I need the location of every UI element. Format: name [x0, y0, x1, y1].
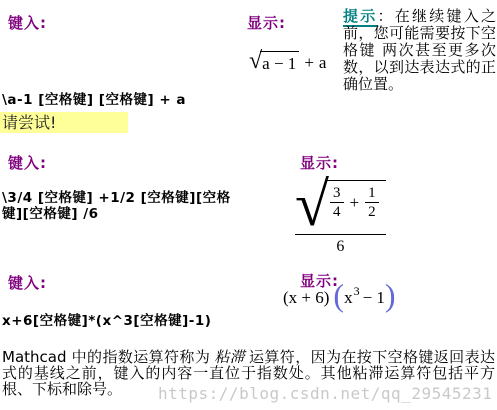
- input-label-1: 键入:: [8, 12, 47, 33]
- tip-note: 提示：在继续键入之前，您可能需要按下空格键 两次甚至更多次数，以到达表达式的正确…: [343, 8, 496, 93]
- try-text: 请尝试!: [2, 113, 56, 132]
- numerator: 3: [330, 185, 344, 203]
- fraction-one-half: 1 2: [365, 185, 379, 220]
- footer-paragraph: Mathcad 中的指数运算符称为粘滞运算符，因为在按下空格键返回表达式的基线之…: [2, 349, 495, 397]
- input-code-2: \3/4 [空格键] +1/2 [空格键][空格键][空格键] /6: [2, 190, 246, 222]
- plus-operator: +: [350, 193, 360, 213]
- formula-big-fraction: √ 3 4 + 1 2 6: [295, 180, 386, 256]
- radical-sign-icon: √: [295, 180, 329, 230]
- input-label-2: 键入:: [8, 152, 47, 173]
- fraction-three-fourths: 3 4: [330, 185, 344, 220]
- denominator: 4: [333, 203, 341, 220]
- radical-expression: √a − 1: [249, 51, 299, 74]
- formula-product: (x + 6)(x3− 1): [283, 285, 396, 311]
- minus-one: − 1: [363, 288, 385, 308]
- fraction-numerator: √ 3 4 + 1 2: [295, 180, 386, 232]
- plus-operator: +: [304, 53, 314, 73]
- try-highlight: 请尝试!: [0, 112, 128, 133]
- close-paren: ): [385, 282, 396, 308]
- display-label-1: 显示:: [247, 12, 286, 33]
- input-code-3: x+6[空格键]*(x^3[空格键]-1): [2, 313, 282, 329]
- input-code-1: \a-1 [空格键] [空格键] + a: [2, 92, 242, 108]
- factor-x-plus-6: (x + 6): [283, 288, 329, 308]
- open-paren: (: [333, 282, 344, 308]
- display-label-2: 显示:: [300, 152, 339, 173]
- radicand: a − 1: [260, 51, 299, 74]
- fraction-denominator: 6: [336, 235, 344, 256]
- base-x: x: [344, 288, 353, 308]
- radicand: 3 4 + 1 2: [326, 180, 386, 220]
- denominator: 2: [368, 203, 376, 220]
- numerator: 1: [365, 185, 379, 203]
- tip-separator: ：: [378, 7, 395, 25]
- term-a: a: [319, 53, 327, 73]
- mathcad-tutorial-page: https://blog.csdn.net/qq_29545231 键入: 显示…: [0, 0, 497, 410]
- input-label-3: 键入:: [8, 272, 47, 293]
- exponent: 3: [354, 284, 360, 299]
- formula-sqrt-a-minus-1: √a − 1 + a: [249, 51, 326, 74]
